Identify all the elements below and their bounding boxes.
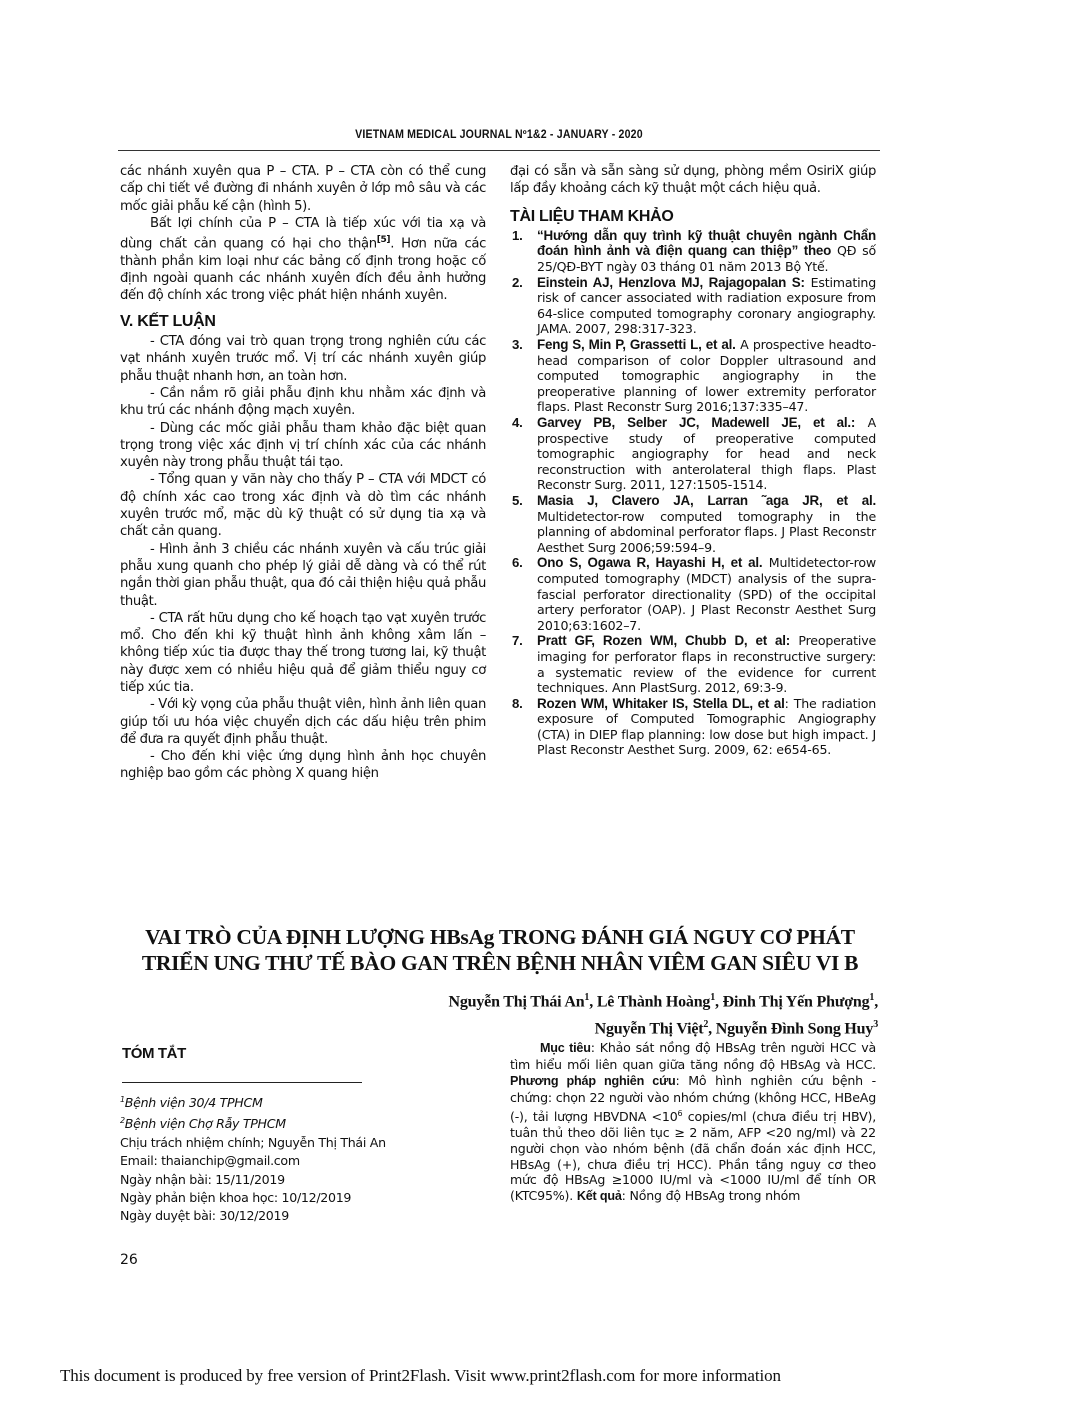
references-heading: TÀI LIỆU THAM KHẢO	[510, 208, 876, 225]
reference-number: 5.	[512, 493, 523, 509]
conclusion-item: - CTA đóng vai trò quan trọng trong nghi…	[120, 333, 486, 385]
reference-authors: Rozen WM, Whitaker IS, Stella DL, et al	[537, 696, 785, 711]
reference-authors: Feng S, Min P, Grassetti L, et al.	[537, 337, 736, 352]
separator: ,	[715, 993, 723, 1010]
conclusion-item: - Dùng các mốc giải phẫu tham khảo đặc b…	[120, 420, 486, 472]
section-heading: V. KẾT LUẬN	[120, 313, 486, 330]
date-received: Ngày nhận bài: 15/11/2019	[120, 1171, 386, 1189]
citation: [5]	[377, 235, 390, 245]
conclusion-item: - CTA rất hữu dụng cho kế hoạch tạo vạt …	[120, 610, 486, 696]
abstract-label: Kết quả	[577, 1189, 622, 1203]
reference-item: 1.“Hướng dẫn quy trình kỹ thuật chuyên n…	[510, 228, 876, 275]
reference-number: 1.	[512, 228, 523, 244]
conclusion-item: - Cho đến khi việc ứng dụng hình ảnh học…	[120, 748, 486, 783]
author-line: Nguyễn Thị Thái An1, Lê Thành Hoàng1, Đi…	[449, 986, 878, 1013]
reference-item: 2.Einstein AJ, Henzlova MJ, Rajagopalan …	[510, 275, 876, 337]
author-line: Nguyễn Thị Việt2, Nguyễn Đình Song Huy3	[449, 1013, 878, 1040]
reference-list: 1.“Hướng dẫn quy trình kỹ thuật chuyên n…	[510, 228, 876, 758]
reference-number: 7.	[512, 633, 523, 649]
reference-authors: Einstein AJ, Henzlova MJ, Rajagopalan S:	[537, 275, 805, 290]
reference-number: 6.	[512, 555, 523, 571]
affiliation-text: Bệnh viện 30/4 TPHCM	[125, 1095, 263, 1110]
summary-heading: TÓM TẮT	[122, 1045, 186, 1062]
header-rule	[118, 150, 880, 151]
paragraph: Bất lợi chính của P – CTA là tiếp xúc vớ…	[120, 215, 486, 305]
reference-number: 3.	[512, 337, 523, 353]
separator: ,	[874, 993, 878, 1010]
article-title: VAI TRÒ CỦA ĐỊNH LƯỢNG HBsAg TRONG ĐÁNH …	[120, 924, 880, 976]
reference-number: 4.	[512, 415, 523, 431]
author-name: Nguyễn Thị Việt	[595, 1021, 704, 1038]
running-header: VIETNAM MEDICAL JOURNAL Nº1&2 - JANUARY …	[148, 129, 849, 141]
affiliation-marker: 3	[873, 1019, 878, 1030]
date-accepted: Ngày duyệt bài: 30/12/2019	[120, 1207, 386, 1225]
article-title-line: TRIỂN UNG THƯ TẾ BÀO GAN TRÊN BỆNH NHÂN …	[120, 950, 880, 976]
conclusion-item: - Tổng quan y văn này cho thấy P – CTA v…	[120, 471, 486, 540]
author-name: Lê Thành Hoàng	[597, 993, 710, 1010]
reference-item: 6.Ono S, Ogawa R, Hayashi H, et al. Mult…	[510, 555, 876, 633]
author-name: Đinh Thị Yến Phượng	[723, 993, 870, 1010]
reference-item: 4.Garvey PB, Selber JC, Madewell JE, et …	[510, 415, 876, 493]
reference-text: Multidetector-row computed tomography in…	[537, 509, 876, 555]
reference-authors: “Hướng dẫn quy trình kỹ thuật chuyên ngà…	[537, 228, 876, 259]
reference-item: 8.Rozen WM, Whitaker IS, Stella DL, et a…	[510, 696, 876, 758]
abstract-label: Phương pháp nghiên cứu	[510, 1074, 675, 1088]
affiliation-text: Bệnh viện Chợ Rẫy TPHCM	[125, 1117, 286, 1132]
abstract-label: Mục tiêu	[540, 1041, 591, 1055]
watermark-footer: This document is produced by free versio…	[60, 1366, 781, 1386]
affiliation-1: 1Bệnh viện 30/4 TPHCM	[120, 1091, 386, 1112]
date-reviewed: Ngày phản biện khoa học: 10/12/2019	[120, 1189, 386, 1207]
corresponding-author: Chịu trách nhiệm chính; Nguyễn Thị Thái …	[120, 1134, 386, 1152]
page-number: 26	[120, 1252, 138, 1268]
email[interactable]: Email: thaianchip@gmail.com	[120, 1152, 386, 1170]
paragraph: đại có sẵn và sẵn sàng sử dụng, phòng mề…	[510, 163, 876, 198]
reference-item: 7.Pratt GF, Rozen WM, Chubb D, et al: Pr…	[510, 633, 876, 695]
article-title-line: VAI TRÒ CỦA ĐỊNH LƯỢNG HBsAg TRONG ĐÁNH …	[120, 924, 880, 950]
footnotes: 1Bệnh viện 30/4 TPHCM 2Bệnh viện Chợ Rẫy…	[120, 1091, 386, 1225]
affiliation-2: 2Bệnh viện Chợ Rẫy TPHCM	[120, 1112, 386, 1133]
reference-item: 5.Masia J, Clavero JA, Larran ˜aga JR, e…	[510, 493, 876, 555]
reference-authors: Garvey PB, Selber JC, Madewell JE, et al…	[537, 415, 855, 430]
separator: ,	[589, 993, 597, 1010]
reference-authors: Ono S, Ogawa R, Hayashi H, et al.	[537, 555, 762, 570]
conclusion-item: - Cần nắm rõ giải phẫu định khu nhằm xác…	[120, 385, 486, 420]
left-column: các nhánh xuyên qua P – CTA. P – CTA còn…	[120, 163, 486, 783]
reference-authors: Masia J, Clavero JA, Larran ˜aga JR, et …	[537, 493, 876, 508]
separator: ,	[708, 1021, 716, 1038]
conclusion-item: - Với kỳ vọng của phẫu thuật viên, hình …	[120, 696, 486, 748]
reference-number: 2.	[512, 275, 523, 291]
abstract-text: : Nồng độ HBsAg trong nhóm	[622, 1188, 801, 1203]
right-column: đại có sẵn và sẵn sàng sử dụng, phòng mề…	[510, 163, 876, 758]
reference-authors: Pratt GF, Rozen WM, Chubb D, et al:	[537, 633, 790, 648]
reference-number: 8.	[512, 696, 523, 712]
author-name: Nguyễn Thị Thái An	[449, 993, 585, 1010]
conclusion-item: - Hình ảnh 3 chiều các nhánh xuyên và cấ…	[120, 541, 486, 610]
reference-item: 3.Feng S, Min P, Grassetti L, et al. A p…	[510, 337, 876, 415]
author-name: Nguyễn Đình Song Huy	[716, 1021, 873, 1038]
abstract: Mục tiêu: Khảo sát nồng độ HBsAg trên ng…	[510, 1040, 876, 1205]
footnote-rule	[122, 1082, 362, 1083]
author-list: Nguyễn Thị Thái An1, Lê Thành Hoàng1, Đi…	[449, 986, 878, 1041]
paragraph: các nhánh xuyên qua P – CTA. P – CTA còn…	[120, 163, 486, 215]
